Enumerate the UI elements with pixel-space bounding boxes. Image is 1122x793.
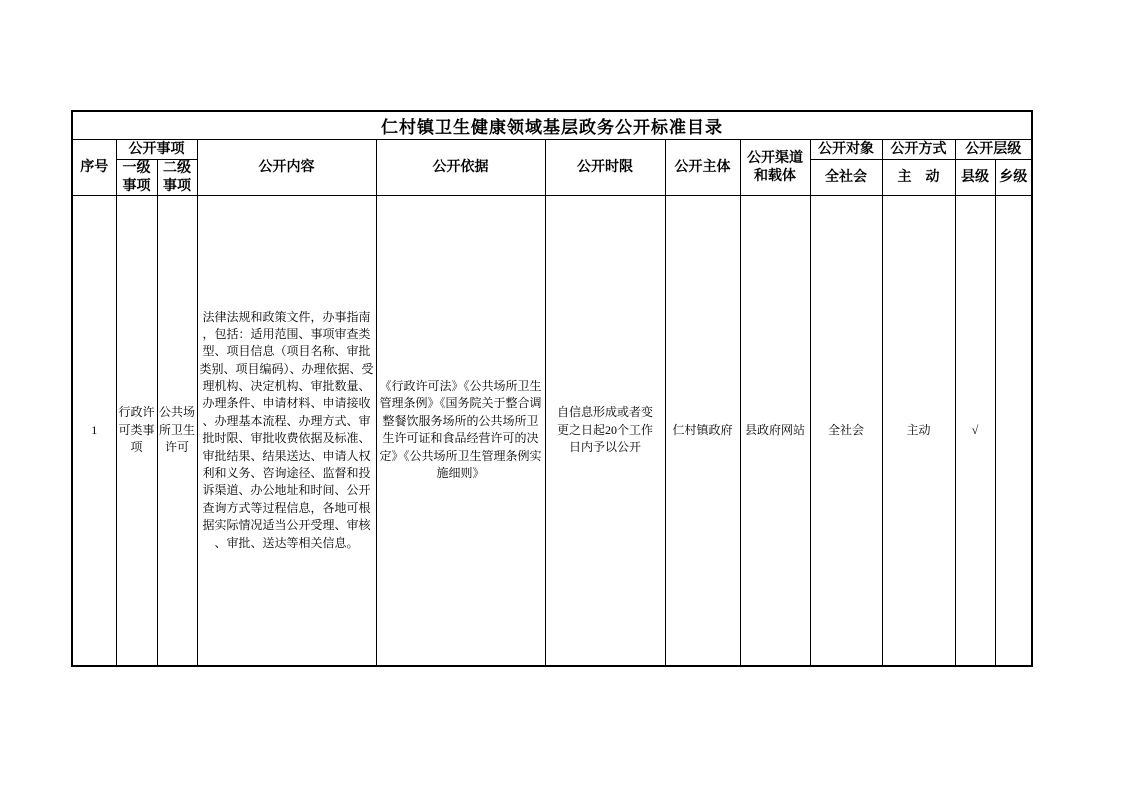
catalog-table: 仁村镇卫生健康领域基层政务公开标准目录 序号 公开事项 公开内容 公开依据 公开… bbox=[71, 110, 1033, 667]
cell-erji-shixiang: 公共场所卫生许可 bbox=[157, 196, 197, 666]
header-gongkai-shixian: 公开时限 bbox=[545, 140, 665, 196]
shixian-text: 自信息形成或者变更之日起20个工作日内予以公开 bbox=[555, 404, 655, 456]
cell-gongkai-shixian: 自信息形成或者变更之日起20个工作日内予以公开 bbox=[545, 196, 665, 666]
header-gongkai-fangshi: 公开方式 bbox=[882, 140, 955, 160]
cell-xianji-checkmark: √ bbox=[955, 196, 995, 666]
cell-xuhao: 1 bbox=[72, 196, 116, 666]
header-duixiang-sub: 全社会 bbox=[810, 160, 882, 196]
header-gongkai-shixiang: 公开事项 bbox=[116, 140, 197, 160]
header-erji-shixiang: 二级事项 bbox=[157, 160, 197, 196]
header-fangshi-sub: 主 动 bbox=[882, 160, 955, 196]
header-cengji-xianji: 县级 bbox=[955, 160, 995, 196]
header-gongkai-yiju: 公开依据 bbox=[376, 140, 545, 196]
cell-gongkai-zhuti: 仁村镇政府 bbox=[665, 196, 740, 666]
cell-xiangji bbox=[995, 196, 1032, 666]
header-gongkai-duixiang: 公开对象 bbox=[810, 140, 882, 160]
header-gongkai-neirong: 公开内容 bbox=[197, 140, 376, 196]
cell-gongkai-fangshi: 主动 bbox=[882, 196, 955, 666]
cell-gongkai-neirong: 法律法规和政策文件，办事指南，包括：适用范围、事项审查类型、项目信息（项目名称、… bbox=[197, 196, 376, 666]
header-gongkai-zhuti: 公开主体 bbox=[665, 140, 740, 196]
title-row: 仁村镇卫生健康领域基层政务公开标准目录 bbox=[72, 111, 1032, 140]
document-page: 仁村镇卫生健康领域基层政务公开标准目录 序号 公开事项 公开内容 公开依据 公开… bbox=[0, 0, 1122, 793]
table-title: 仁村镇卫生健康领域基层政务公开标准目录 bbox=[72, 111, 1032, 140]
header-yiji-shixiang: 一级事项 bbox=[116, 160, 157, 196]
cell-gongkai-duixiang: 全社会 bbox=[810, 196, 882, 666]
header-gongkai-cengji: 公开层级 bbox=[955, 140, 1032, 160]
cell-gongkai-yiju: 《行政许可法》《公共场所卫生管理条例》《国务院关于整合调整餐饮服务场所的公共场所… bbox=[376, 196, 545, 666]
header-gongkai-qudao: 公开渠道和载体 bbox=[740, 140, 810, 196]
header-xuhao: 序号 bbox=[72, 140, 116, 196]
cell-gongkai-qudao: 县政府网站 bbox=[740, 196, 810, 666]
header-cengji-xiangji: 乡级 bbox=[995, 160, 1032, 196]
header-row-1: 序号 公开事项 公开内容 公开依据 公开时限 公开主体 公开渠道和载体 公开对象… bbox=[72, 140, 1032, 160]
table-row: 1 行政许可类事项 公共场所卫生许可 法律法规和政策文件，办事指南，包括：适用范… bbox=[72, 196, 1032, 666]
cell-yiji-shixiang: 行政许可类事项 bbox=[116, 196, 157, 666]
